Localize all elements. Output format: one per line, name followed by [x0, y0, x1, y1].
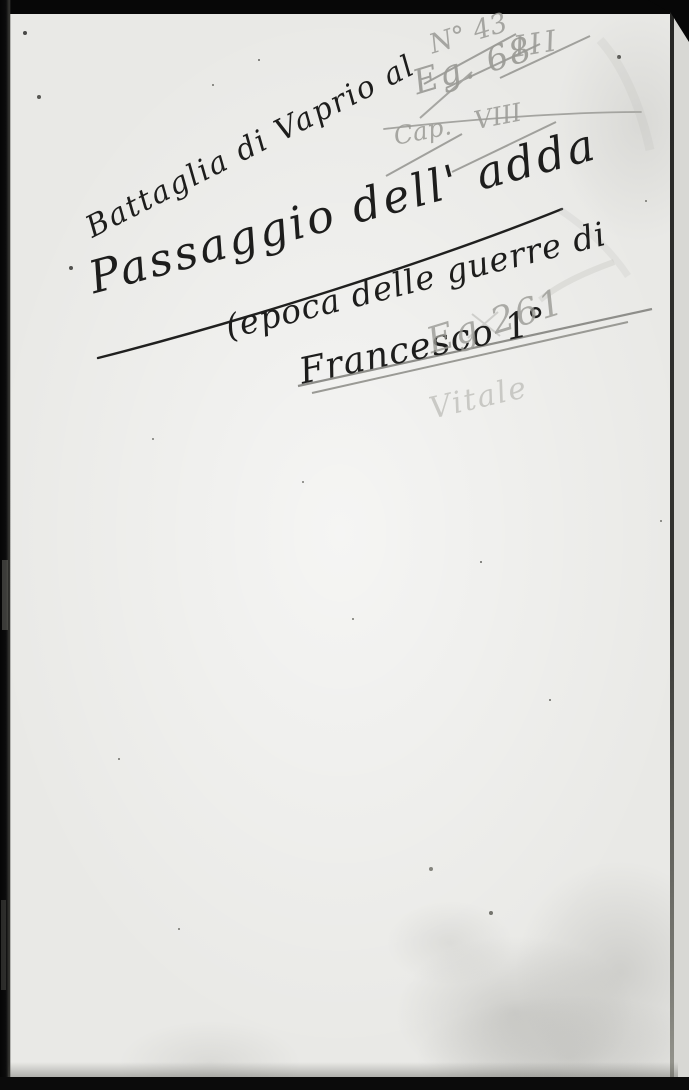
manuscript-scan: Battaglia di Vaprio al Passaggio dell' a… [0, 0, 689, 1090]
spine-highlight [1, 900, 6, 990]
bottom-edge-shadow [8, 1062, 678, 1077]
page-edge-crease [670, 0, 674, 1090]
page-edge-right [674, 0, 689, 1090]
spine-highlight [2, 560, 8, 630]
dirt-specks [0, 0, 2, 2]
scan-border-bottom [0, 1077, 689, 1090]
scan-border-top [0, 0, 689, 14]
